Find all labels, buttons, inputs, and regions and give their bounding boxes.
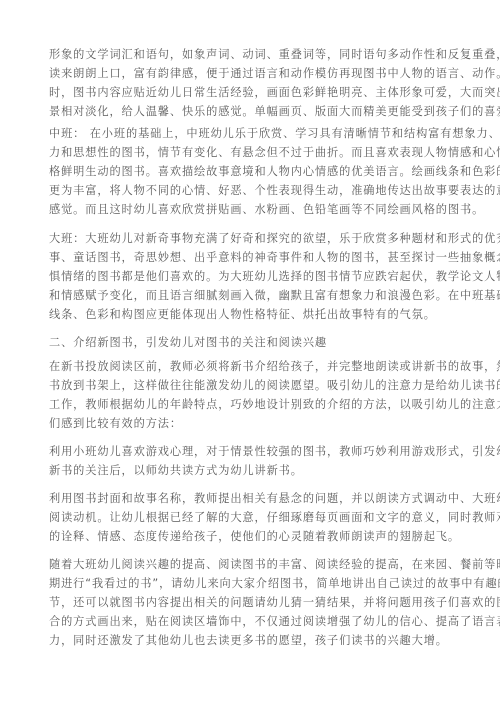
text-line: 景相对淡化，给人温馨、快乐的感觉。单幅画页、版面大而精美更能受到孩子们的喜爱。: [49, 105, 454, 119]
text-line: 事、童话图书，奇思妙想、出乎意料的神奇事件和人物的图书，甚至探讨一些抽象概念或恐: [49, 251, 454, 265]
text-line: 期进行“我看过的书”，请幼儿来向大家介绍图书，简单地讲出自己读过的故事中有趣的情: [49, 577, 454, 591]
text-line: 形象的文学词汇和语句，如象声词、动词、重叠词等，同时语句多动作性和反复重叠，幼儿: [49, 48, 454, 62]
text-line: 利用图书封面和故事名称，教师提出相关有悬念的问题，并以朗读方式调动中、大班幼儿的: [49, 492, 454, 506]
document-page: 形象的文学词汇和语句，如象声词、动词、重叠词等，同时语句多动作性和反复重叠，幼儿…: [0, 0, 500, 707]
text-line: 惧情绪的图书都是他们喜欢的。为大班幼儿选择的图书情节应跌宕起伏，教学论文人物心理: [49, 270, 454, 284]
text-line: 在新书投放阅读区前，教师必须将新书介绍给孩子，并完整地朗读或讲新书的故事，然后把: [49, 360, 454, 374]
text-line: 中班： 在小班的基础上，中班幼儿乐于欣赏、学习具有清晰情节和结构富有想象力、感染: [49, 127, 454, 141]
text-line: 们感到比较有效的方法：: [49, 417, 454, 431]
text-line: 节，还可以就图书内容提出相关的问题请幼儿猜一猜结果，并将问题用孩子们喜欢的图文结: [49, 596, 454, 610]
text-line: 利用小班幼儿喜欢游戏心理，对于情景性较强的图书，教师巧妙利用游戏形式，引发幼儿对: [49, 445, 454, 459]
section-heading: 二、介绍新图书，引发幼儿对图书的关注和阅读兴趣: [49, 336, 454, 350]
text-line: 格鲜明生动的图书。喜欢描绘故事意境和人物内心情感的优美语言。绘画线条和色彩的运用: [49, 165, 454, 179]
text-line: 随着大班幼儿阅读兴趣的提高、阅读图书的丰富、阅读经验的提高，在来园、餐前等时间定: [49, 558, 454, 572]
text-line: 书放到书架上，这样做往往能激发幼儿的阅读愿望。吸引幼儿的注意力是给幼儿读书的首要: [49, 379, 454, 393]
text-line: 和情感赋予变化，而且语言细腻刻画入微，幽默且富有想象力和浪漫色彩。在中班基础上，: [49, 289, 454, 303]
text-line: 工作，教师根据幼儿的年龄特点，巧妙地设计别致的介绍的方法，以吸引幼儿的注意力，我: [49, 398, 454, 412]
text-line: 更为丰富，将人物不同的心情、好恶、个性表现得生动，准确地传达出故事要表达的意义或: [49, 184, 454, 198]
text-line: 感觉。而且这时幼儿喜欢欣赏拼贴画、水粉画、色铅笔画等不同绘画风格的图书。: [49, 203, 454, 217]
text-line: 时，图书内容应贴近幼儿日常生活经验，画面色彩鲜艳明亮、主体形象可爱，大而突出，背: [49, 86, 454, 100]
text-line: 新书的关注后，以师幼共读方式为幼儿讲新书。: [49, 464, 454, 478]
text-line: 合的方式画出来，贴在阅读区墙饰中，不仅通过阅读增强了幼儿的信心、提高了语言表达能: [49, 615, 454, 629]
text-line: 的诠释、情感、态度传递给孩子，使他们的心灵随着教师朗读声的翅膀起飞。: [49, 530, 454, 544]
text-line: 线条、色彩和构图应更能体现出人物性格特征、烘托出故事特有的气氛。: [49, 308, 454, 322]
text-line: 读来朗朗上口，富有韵律感，便于通过语言和动作模仿再现图书中人物的语言、动作。同: [49, 67, 454, 81]
text-line: 大班：大班幼儿对新奇事物充满了好奇和探究的欲望，乐于欣赏多种题材和形式的优秀故: [49, 232, 454, 246]
text-line: 阅读动机。让幼儿根据已经了解的大意，仔细琢磨每页画面和文字的意义，同时教师对故事: [49, 511, 454, 525]
text-line: 力，同时还激发了其他幼儿也去读更多书的愿望，孩子们读书的兴趣大增。: [49, 634, 454, 648]
text-line: 力和思想性的图书，情节有变化、有悬念但不过于曲折。而且喜欢表现人物情感和心情的性: [49, 146, 454, 160]
